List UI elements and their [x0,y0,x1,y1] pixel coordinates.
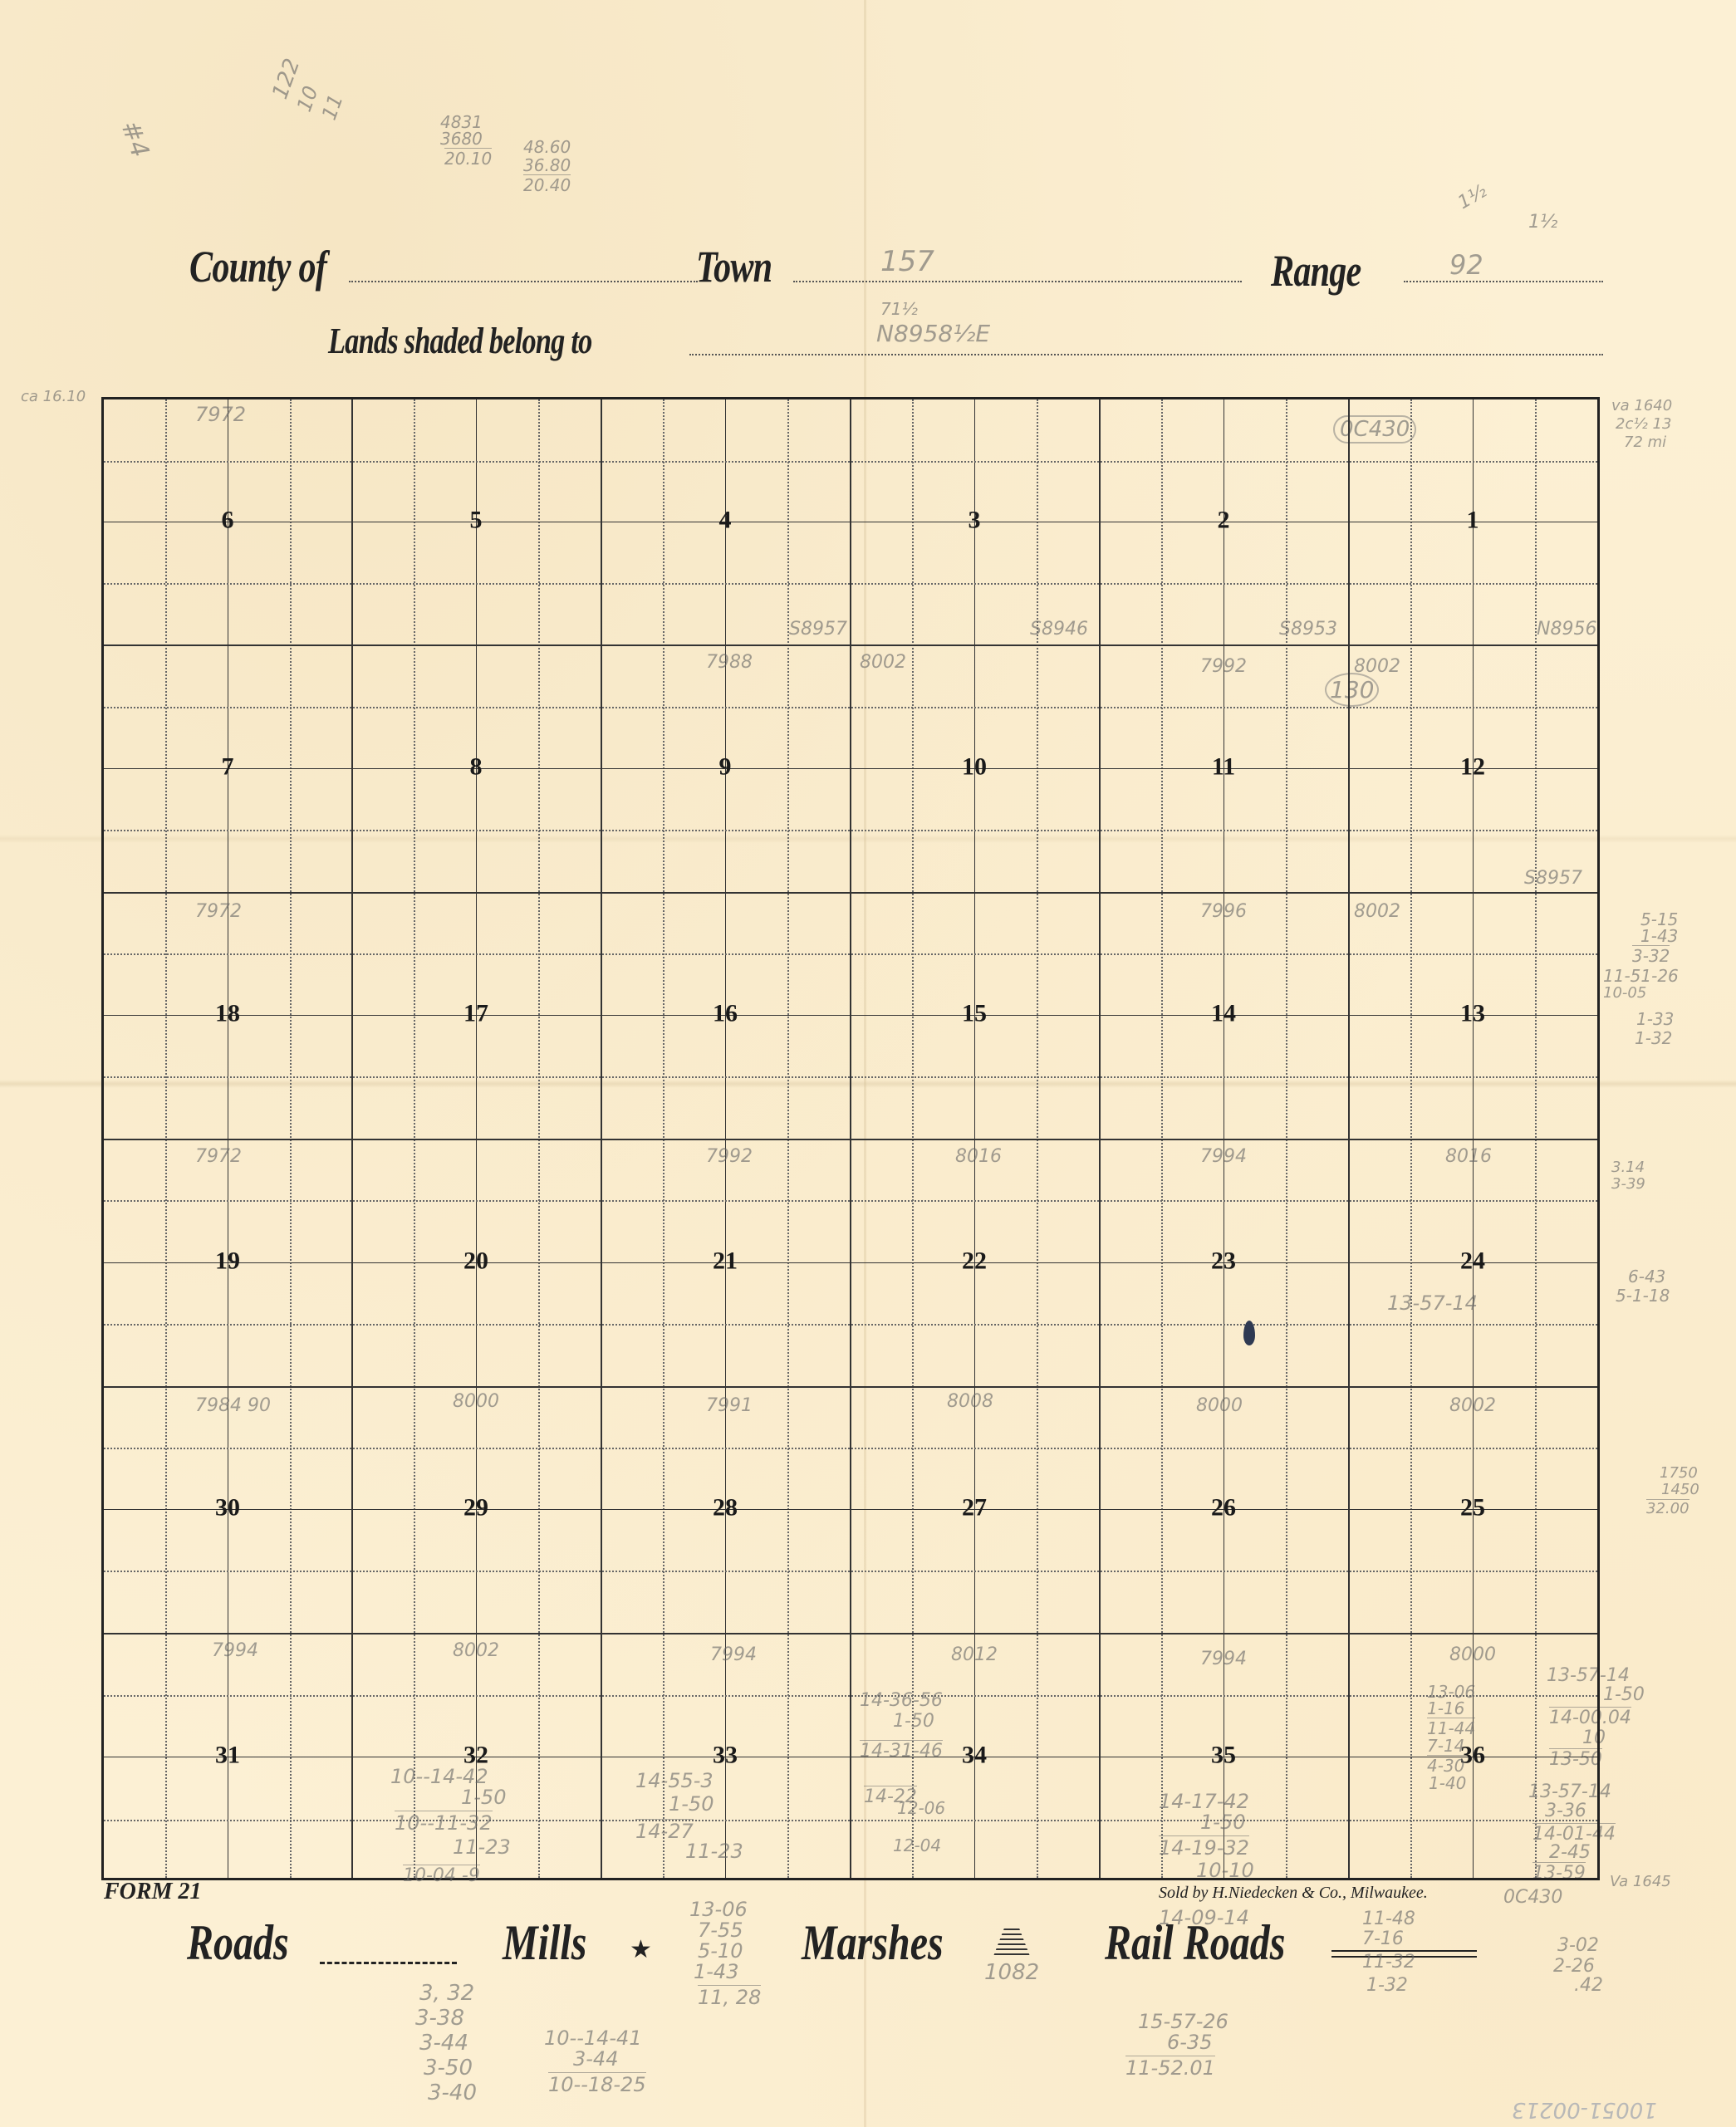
section-17[interactable]: 17 [463,999,488,1027]
section-18[interactable]: 18 [215,999,240,1027]
pencil-note: 1-43 [694,1960,738,1983]
section-24[interactable]: 24 [1460,1247,1485,1275]
pencil-note: 10-10 [1196,1859,1254,1882]
lands-label: Lands shaded belong to [328,320,591,362]
ink-blot [1243,1321,1255,1345]
pencil-note: 2c½ 13 [1616,415,1671,433]
county-label: County of [189,241,326,292]
section-12[interactable]: 12 [1460,752,1485,781]
legend-roads-label: Roads [187,1914,289,1972]
pencil-note: 14-55-3 [635,1769,714,1792]
pencil-note: Va 1645 [1610,1873,1671,1890]
pencil-note: 8016 [955,1146,1002,1167]
town-field[interactable] [793,281,1242,282]
pencil-note: 3-40 [428,2080,477,2105]
township-grid: 6 5 4 3 2 1 7 8 9 10 11 12 18 17 16 15 1… [101,397,1600,1880]
pencil-note: 12-04 [893,1835,941,1855]
pencil-note: 2-26 [1553,1956,1595,1977]
section-25[interactable]: 25 [1460,1493,1485,1522]
pencil-note: 7984 90 [195,1395,271,1416]
pencil-note: 1-50 [1603,1684,1645,1705]
pencil-note: 14-19-32 [1159,1835,1249,1860]
section-26[interactable]: 26 [1211,1493,1236,1522]
section-6[interactable]: 6 [222,506,234,534]
legend-mills-label: Mills [503,1914,586,1972]
pencil-note: 1-43 [1640,926,1678,946]
pencil-note: ca 16.10 [21,388,86,405]
pencil-note: 10-04 -9 [403,1865,480,1886]
section-20[interactable]: 20 [463,1247,488,1275]
section-1[interactable]: 1 [1467,506,1479,534]
pencil-note: 8000 [453,1391,499,1412]
pencil-note: 8002 [1449,1395,1496,1416]
pencil-note: 8002 [453,1640,499,1661]
section-7[interactable]: 7 [222,752,234,781]
pencil-note: 7972 [195,1146,242,1167]
pencil-note: 8008 [947,1391,993,1412]
pencil-note: 3-50 [424,2056,473,2080]
pencil-note: S8953 [1279,619,1337,640]
pencil-note: 13-06 [689,1898,748,1921]
pencil-note: 3680 [440,129,483,149]
section-10[interactable]: 10 [962,752,987,781]
section-5[interactable]: 5 [470,506,483,534]
pencil-note: 1-16 [1427,1698,1464,1718]
section-23[interactable]: 23 [1211,1247,1236,1275]
section-33[interactable]: 33 [713,1741,738,1769]
section-29[interactable]: 29 [463,1493,488,1522]
catalog-number: 10051-00213 [1512,2097,1657,2122]
pencil-note: 0C430 [1503,1887,1562,1908]
legend-marshes-label: Marshes [802,1914,944,1972]
pencil-note: 8002 [1354,901,1400,922]
pencil-note: 11-32 [1362,1952,1415,1973]
pencil-note: .42 [1574,1975,1603,1996]
pencil-note: 3-02 [1557,1935,1599,1956]
pencil-note: 7994 [212,1640,258,1661]
pencil-note: 32.00 [1646,1499,1689,1517]
pencil-note: 12-06 [897,1798,945,1818]
pencil-note: 7991 [706,1395,753,1416]
pencil-note: 71½ [880,299,918,319]
range-field[interactable] [1404,281,1603,282]
pencil-note: S8957 [1524,868,1582,889]
section-4[interactable]: 4 [719,506,732,534]
pencil-note: 11-23 [685,1840,743,1863]
pencil-note: 1-50 [1200,1811,1245,1834]
pencil-note: 8000 [1449,1644,1496,1665]
form-label: FORM 21 [104,1879,201,1905]
pencil-note: 7-14 [1427,1736,1464,1756]
town-value: 157 [880,245,934,278]
pencil-note: 14-09-14 [1159,1906,1249,1929]
section-16[interactable]: 16 [713,999,738,1027]
pencil-note: 7994 [1200,1146,1247,1167]
pencil-note: 8002 [860,652,906,673]
range-label: Range [1271,245,1361,297]
pencil-note: 11-52.01 [1125,2056,1215,2080]
pencil-note: S8957 [789,619,847,640]
pencil-note: va 1640 [1611,397,1672,414]
pencil-note: 10-05 [1603,984,1646,1002]
county-field[interactable] [349,281,698,282]
pencil-note: 11-23 [453,1835,511,1859]
pencil-note: 1-32 [1366,1975,1408,1996]
pencil-note: 6-35 [1167,2031,1212,2054]
pencil-note: 7988 [706,652,753,673]
pencil-note: 1-50 [893,1711,934,1732]
pencil-note: 3-38 [415,2006,464,2031]
pencil-note: 72 mi [1624,434,1666,451]
pencil-note: N8958½E [876,320,990,347]
pencil-note: 3-32 [1632,945,1670,966]
pencil-note: 14-17-42 [1159,1790,1249,1813]
pencil-note: 7996 [1200,901,1247,922]
section-15[interactable]: 15 [962,999,987,1027]
pencil-note: 10--11-32 [395,1811,493,1835]
pencil-note: 1-32 [1635,1028,1672,1048]
pencil-note: 10--14-42 [390,1765,488,1788]
pencil-note: 7994 [1200,1649,1247,1669]
roads-line-symbol [320,1962,457,1964]
pencil-note: 7972 [195,901,242,922]
pencil-note: 7-16 [1362,1929,1404,1949]
section-31[interactable]: 31 [215,1741,240,1769]
pencil-note: 11-51-26 [1603,966,1679,986]
pencil-note: 5-10 [698,1939,743,1963]
pencil-note: 3-39 [1611,1175,1645,1193]
pencil-note: 36.80 [523,155,571,175]
pencil-note: 20.40 [523,174,571,195]
pencil-note: 7992 [1200,656,1247,677]
pencil-note: 7-55 [698,1919,743,1942]
range-value: 92 [1449,249,1483,281]
pencil-note: 10--18-25 [548,2072,646,2096]
pencil-note: 13-57-14 [1387,1291,1478,1315]
pencil-note: 8000 [1196,1395,1243,1416]
section-11[interactable]: 11 [1212,752,1235,781]
section-35[interactable]: 35 [1211,1741,1236,1769]
pencil-note: 8002 [1354,656,1400,677]
pencil-note: 1-50 [461,1786,506,1809]
pencil-note: 14-31-46 [860,1740,943,1762]
section-13[interactable]: 13 [1460,999,1485,1027]
pencil-note: 1½ [1528,212,1557,233]
section-3[interactable]: 3 [969,506,981,534]
pencil-note: 1750 [1660,1464,1698,1482]
pencil-note: 3-44 [573,2047,618,2071]
pencil-note: 1-40 [1429,1773,1466,1793]
pencil-note: 14-36-56 [860,1690,943,1711]
pencil-note: 1-33 [1636,1009,1674,1029]
pencil-note: 6-43 [1628,1267,1665,1286]
section-8[interactable]: 8 [470,752,483,781]
pencil-note: S8946 [1030,619,1088,640]
pencil-note: N8956 [1537,619,1596,640]
section-30[interactable]: 30 [215,1493,240,1522]
pencil-note: 48.60 [523,137,571,157]
section-19[interactable]: 19 [215,1247,240,1275]
pencil-note: 11-48 [1362,1909,1415,1929]
section-34[interactable]: 34 [962,1741,987,1769]
section-9[interactable]: 9 [719,752,732,781]
pencil-note: 5-1-18 [1616,1286,1670,1306]
pencil-note: 1-50 [669,1792,714,1816]
pencil-note: 7972 [195,403,246,426]
pencil-note: 8012 [951,1644,998,1665]
pencil-note: 7994 [710,1644,757,1665]
pencil-note: 3-44 [419,2031,468,2056]
section-27[interactable]: 27 [962,1493,987,1522]
pencil-note: 1450 [1661,1481,1699,1498]
town-label: Town [696,241,772,292]
section-22[interactable]: 22 [962,1247,987,1275]
section-21[interactable]: 21 [713,1247,738,1275]
publisher-credit: Sold by H.Niedecken & Co., Milwaukee. [1159,1884,1428,1903]
pencil-note: 20.10 [444,148,492,169]
section-28[interactable]: 28 [713,1493,738,1522]
mill-star-icon: ★ [630,1935,652,1964]
pencil-note: 15-57-26 [1138,2010,1228,2033]
pencil-note: 3.14 [1611,1159,1645,1176]
pencil-note: 10--14-41 [544,2027,642,2050]
section-14[interactable]: 14 [1211,999,1236,1027]
pencil-note: 11, 28 [698,1985,761,2009]
pencil-note: 1082 [984,1960,1039,1985]
pencil-note: 3, 32 [419,1981,474,2006]
section-2[interactable]: 2 [1218,506,1230,534]
lands-field[interactable] [689,354,1603,355]
pencil-note: 8016 [1445,1146,1492,1167]
pencil-note: 7992 [706,1146,753,1167]
